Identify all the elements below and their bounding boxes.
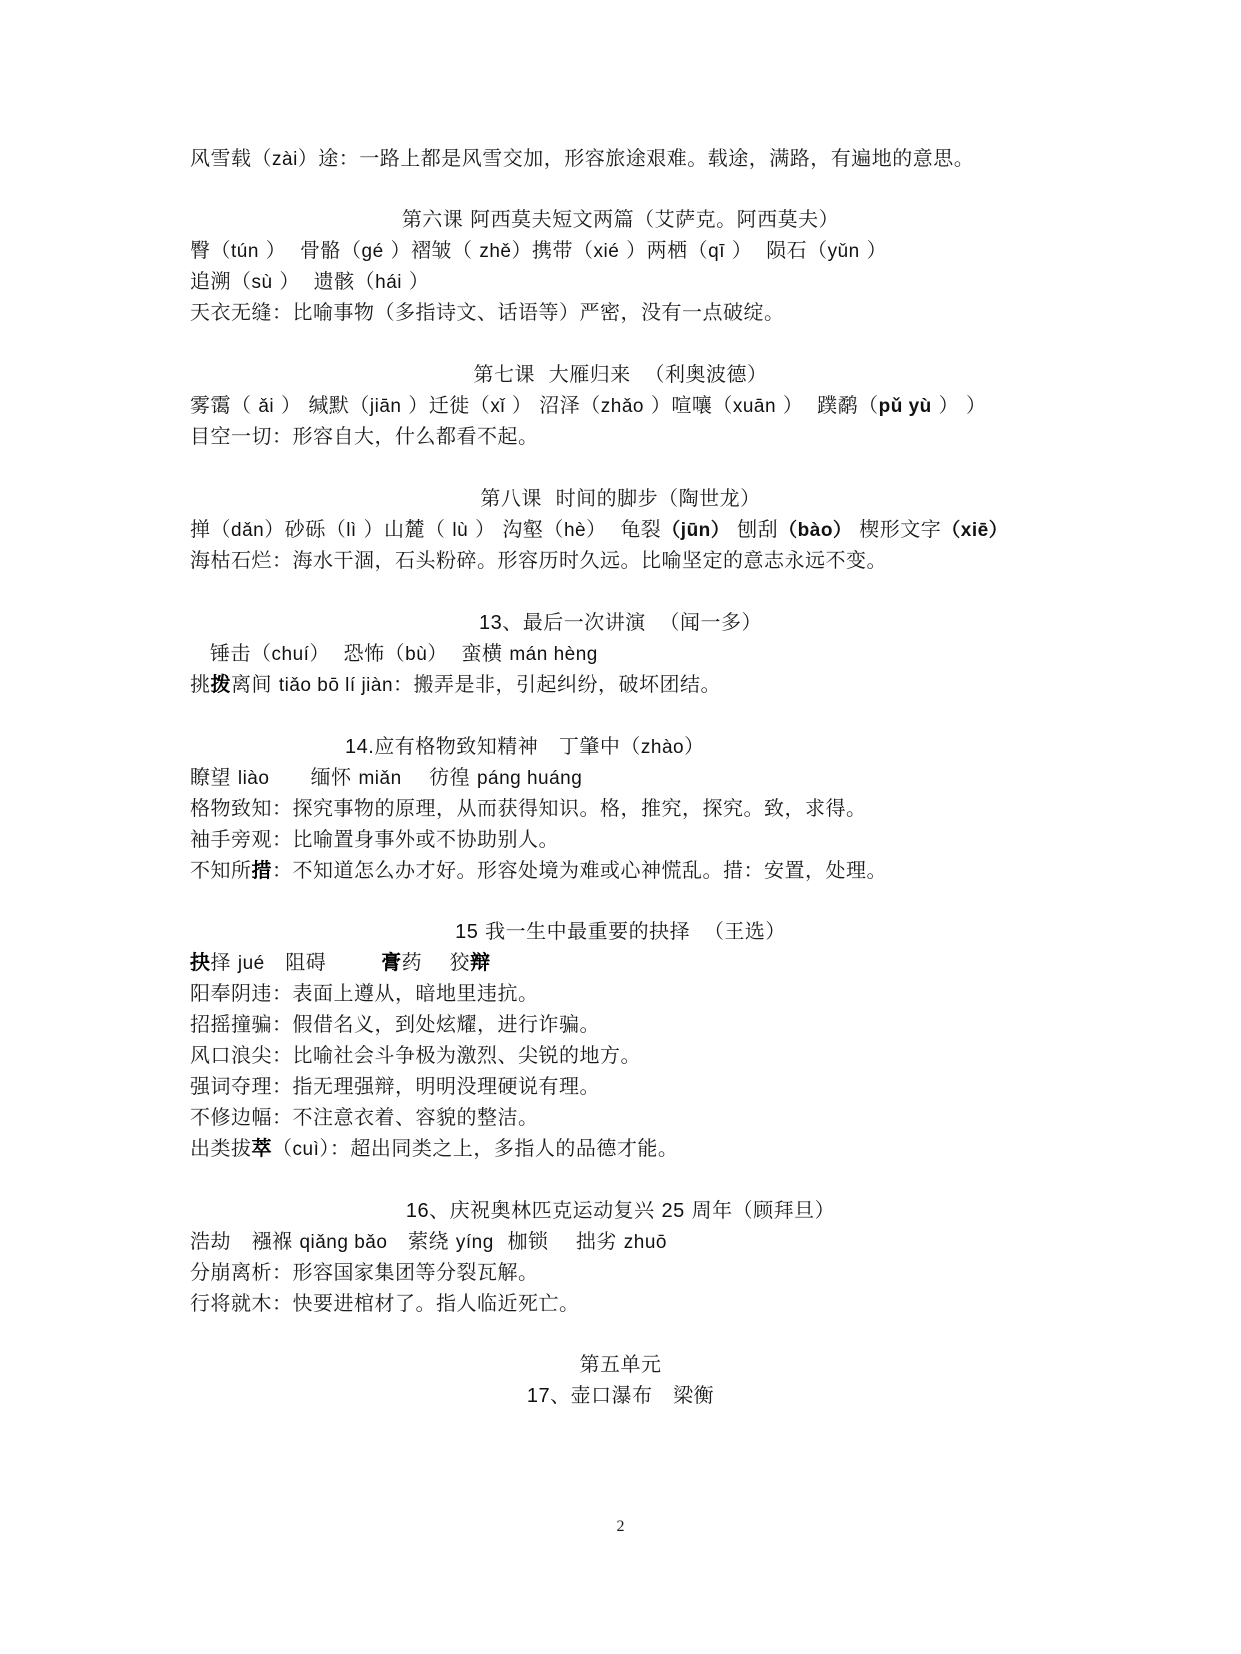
text: 挑 <box>190 672 211 696</box>
pinyin: zài <box>272 149 298 170</box>
pinyin: zhào <box>641 737 684 758</box>
text: ） <box>684 734 705 758</box>
pinyin: zhě <box>479 241 511 262</box>
bold-char: 抉 <box>190 950 211 974</box>
pinyin: zhǎo <box>601 396 644 417</box>
text: 雾霭（ <box>190 393 258 417</box>
pinyin: hái <box>375 272 402 293</box>
pinyin: xǐ <box>490 396 505 417</box>
lesson-15-idiom-6: 出类拔萃（cuì）：超出同类之上，多指人的品德才能。 <box>190 1134 678 1164</box>
lesson-number: 13 <box>479 612 502 634</box>
text: 周年（顾拜旦） <box>685 1198 835 1222</box>
text: ）携带（ <box>512 238 594 262</box>
text: ）两栖（ <box>619 238 708 262</box>
text: ） 龟裂 <box>586 517 661 541</box>
bold-char: 萃 <box>252 1136 273 1160</box>
pinyin: （jūn） <box>661 520 730 541</box>
pinyin: dǎn <box>231 520 264 541</box>
pinyin: miǎn <box>358 768 401 789</box>
lesson-8-heading: 第八课 时间的脚步（陶世龙） <box>0 484 1241 512</box>
lesson-number: 16 <box>406 1200 429 1222</box>
pinyin: yǔn <box>828 241 860 262</box>
number: 25 <box>662 1200 685 1222</box>
text: ）途：一路上都是风雪交加，形容旅途艰难。载途，满路，有遍地的意思。 <box>298 146 975 170</box>
pinyin: gé <box>362 241 384 262</box>
text: 彷徨 <box>402 765 477 789</box>
text: 离间 <box>231 672 279 696</box>
pinyin: lì <box>346 520 357 541</box>
text: 出类拔 <box>190 1136 252 1160</box>
lesson-13-idiom: 挑拨离间 tiǎo bō lí jiàn：搬弄是非，引起纠纷，破坏团结。 <box>190 670 721 700</box>
lesson-number: 17 <box>527 1385 550 1407</box>
text: 浩劫 襁褓 <box>190 1229 299 1253</box>
lesson-16-vocab-row-1: 浩劫 襁褓 qiǎng bǎo 萦绕 yíng 枷锁 拙劣 zhuō <box>190 1227 667 1257</box>
lesson-14-vocab-row-1: 瞭望 liào 缅怀 miǎn 彷徨 páng huáng <box>190 763 582 793</box>
pinyin: xié <box>594 241 620 262</box>
text: 、庆祝奥林匹克运动复兴 <box>429 1198 661 1222</box>
text: 我一生中最重要的抉择 （王选） <box>478 919 786 943</box>
text: 药 狡 <box>402 950 470 974</box>
lesson-15-idiom-5: 不修边幅：不注意衣着、容貌的整洁。 <box>190 1103 539 1131</box>
text: ：搬弄是非，引起纠纷，破坏团结。 <box>393 672 721 696</box>
text: 锤击（ <box>210 641 272 665</box>
pinyin: jiān <box>370 396 402 417</box>
page-number: 2 <box>0 1518 1241 1536</box>
document-page: 风雪载（zài）途：一路上都是风雪交加，形容旅途艰难。载途，满路，有遍地的意思。… <box>0 0 1241 1654</box>
text: ） ） <box>932 393 987 417</box>
text: 、壶口瀑布 梁衡 <box>550 1383 714 1407</box>
lesson-17-heading: 17、壶口瀑布 梁衡 <box>0 1381 1241 1410</box>
lesson-16-idiom-1: 分崩离析：形容国家集团等分裂瓦解。 <box>190 1258 539 1286</box>
pinyin: xuān <box>733 396 776 417</box>
text: 掸（ <box>190 517 231 541</box>
lesson-14-idiom-1: 格物致知：探究事物的原理，从而获得知识。格，推究，探究。致，求得。 <box>190 794 867 822</box>
lesson-15-idiom-1: 阳奉阴违：表面上遵从，暗地里违抗。 <box>190 979 539 1007</box>
text: 臀（ <box>190 238 231 262</box>
bold-char: 拨 <box>211 672 232 696</box>
lesson-15-idiom-3: 风口浪尖：比喻社会斗争极为激烈、尖锐的地方。 <box>190 1041 641 1069</box>
pinyin: ǎi <box>258 396 274 417</box>
text: 阻碍 <box>265 950 381 974</box>
text: ） 沟壑（ <box>468 517 564 541</box>
lesson-14-idiom-2: 袖手旁观：比喻置身事外或不协助别人。 <box>190 825 559 853</box>
pinyin: cuì <box>293 1139 320 1160</box>
lesson-16-idiom-2: 行将就木：快要进棺材了。指人临近死亡。 <box>190 1289 580 1317</box>
pinyin: yíng <box>456 1232 494 1253</box>
lesson-15-heading: 15 我一生中最重要的抉择 （王选） <box>0 917 1241 946</box>
text: 择 <box>211 950 238 974</box>
text: 缅怀 <box>269 765 358 789</box>
text: 枷锁 拙劣 <box>494 1229 624 1253</box>
pinyin: （xiē） <box>941 520 1008 541</box>
text: ）喧嚷（ <box>644 393 733 417</box>
lesson-number: 15 <box>455 921 478 943</box>
pinyin: tún <box>231 241 259 262</box>
text: ） <box>860 238 887 262</box>
pinyin: hè <box>564 520 586 541</box>
pinyin: páng huáng <box>477 768 582 789</box>
pinyin: tiǎo bō lí jiàn <box>279 675 393 696</box>
pinyin: qiǎng bǎo <box>299 1232 387 1253</box>
pinyin: bù <box>405 644 427 665</box>
pinyin: liào <box>238 768 270 789</box>
text: 应有格物致知精神 丁肇中（ <box>374 734 641 758</box>
text: ） 骨骼（ <box>259 238 362 262</box>
lesson-6-heading: 第六课 阿西莫夫短文两篇（艾萨克。阿西莫夫） <box>0 205 1241 233</box>
lesson-15-idiom-4: 强词夺理：指无理强辩，明明没理硬说有理。 <box>190 1072 600 1100</box>
text: ） 遗骸（ <box>273 269 376 293</box>
text: ） <box>402 269 429 293</box>
text: 不知所 <box>190 858 252 882</box>
pinyin: （bào） <box>778 520 852 541</box>
text: （ <box>272 1136 293 1160</box>
lesson-14-heading: 14.应有格物致知精神 丁肇中（zhào） <box>345 732 705 762</box>
idiom-feng-xue-zai-tu: 风雪载（zài）途：一路上都是风雪交加，形容旅途艰难。载途，满路，有遍地的意思。 <box>190 144 974 174</box>
lesson-7-idiom: 目空一切：形容自大，什么都看不起。 <box>190 422 539 450</box>
text: ） 恐怖（ <box>309 641 405 665</box>
text: ）砂砾（ <box>264 517 346 541</box>
text: ） 沼泽（ <box>505 393 601 417</box>
text: ） 蛮横 <box>427 641 509 665</box>
text: ） 陨石（ <box>725 238 828 262</box>
lesson-number: 14. <box>345 736 374 758</box>
pinyin: qī <box>708 241 725 262</box>
text: ）褶皱（ <box>384 238 480 262</box>
bold-char: 辩 <box>470 950 491 974</box>
lesson-13-vocab-row-1: 锤击（chuí） 恐怖（bù） 蛮横 mán hèng <box>210 639 598 669</box>
unit-5-heading: 第五单元 <box>0 1350 1241 1378</box>
pinyin: sù <box>252 272 273 293</box>
pinyin: mán hèng <box>509 644 598 665</box>
text: 萦绕 <box>387 1229 455 1253</box>
text: ：不知道怎么办才好。形容处境为难或心神慌乱。措：安置，处理。 <box>272 858 887 882</box>
lesson-8-vocab-row-1: 掸（dǎn）砂砾（lì ）山麓（ lù ） 沟壑（hè） 龟裂（jūn） 刨刮（… <box>190 515 1008 545</box>
lesson-14-idiom-3: 不知所措：不知道怎么办才好。形容处境为难或心神慌乱。措：安置，处理。 <box>190 856 887 884</box>
text: ） 缄默（ <box>274 393 370 417</box>
pinyin: chuí <box>272 644 310 665</box>
bold-char: 措 <box>252 858 273 882</box>
text: ） 蹼鹬（ <box>776 393 879 417</box>
bold-char: 膏 <box>381 950 402 974</box>
text: 刨刮 <box>730 517 778 541</box>
lesson-7-vocab-row-1: 雾霭（ ǎi ） 缄默（jiān ）迁徙（xǐ ） 沼泽（zhǎo ）喧嚷（xu… <box>190 391 987 421</box>
lesson-13-heading: 13、最后一次讲演 （闻一多） <box>0 608 1241 637</box>
pinyin: lù <box>452 520 468 541</box>
lesson-7-heading: 第七课 大雁归来 （利奥波德） <box>0 360 1241 388</box>
text: 追溯（ <box>190 269 252 293</box>
lesson-6-idiom: 天衣无缝：比喻事物（多指诗文、话语等）严密，没有一点破绽。 <box>190 298 785 326</box>
lesson-6-vocab-row-1: 臀（tún ） 骨骼（gé ）褶皱（ zhě）携带（xié ）两栖（qī ） 陨… <box>190 236 887 266</box>
pinyin: zhuō <box>624 1232 667 1253</box>
text: 风雪载（ <box>190 146 272 170</box>
lesson-6-vocab-row-2: 追溯（sù ） 遗骸（hái ） <box>190 267 429 297</box>
lesson-16-heading: 16、庆祝奥林匹克运动复兴 25 周年（顾拜旦） <box>0 1196 1241 1225</box>
text: 瞭望 <box>190 765 238 789</box>
lesson-15-vocab-row-1: 抉择 jué 阻碍 膏药 狡辩 <box>190 948 491 978</box>
lesson-15-idiom-2: 招摇撞骗：假借名义，到处炫耀，进行诈骗。 <box>190 1010 600 1038</box>
lesson-8-idiom: 海枯石烂：海水干涸，石头粉碎。形容历时久远。比喻坚定的意志永远不变。 <box>190 546 887 574</box>
text: 、最后一次讲演 （闻一多） <box>502 610 762 634</box>
pinyin: jué <box>238 953 265 974</box>
text: 楔形文字 <box>852 517 941 541</box>
text: ）：超出同类之上，多指人的品德才能。 <box>319 1136 678 1160</box>
pinyin: pǔ yù <box>879 396 932 417</box>
text: ）山麓（ <box>357 517 453 541</box>
text: ）迁徙（ <box>401 393 490 417</box>
